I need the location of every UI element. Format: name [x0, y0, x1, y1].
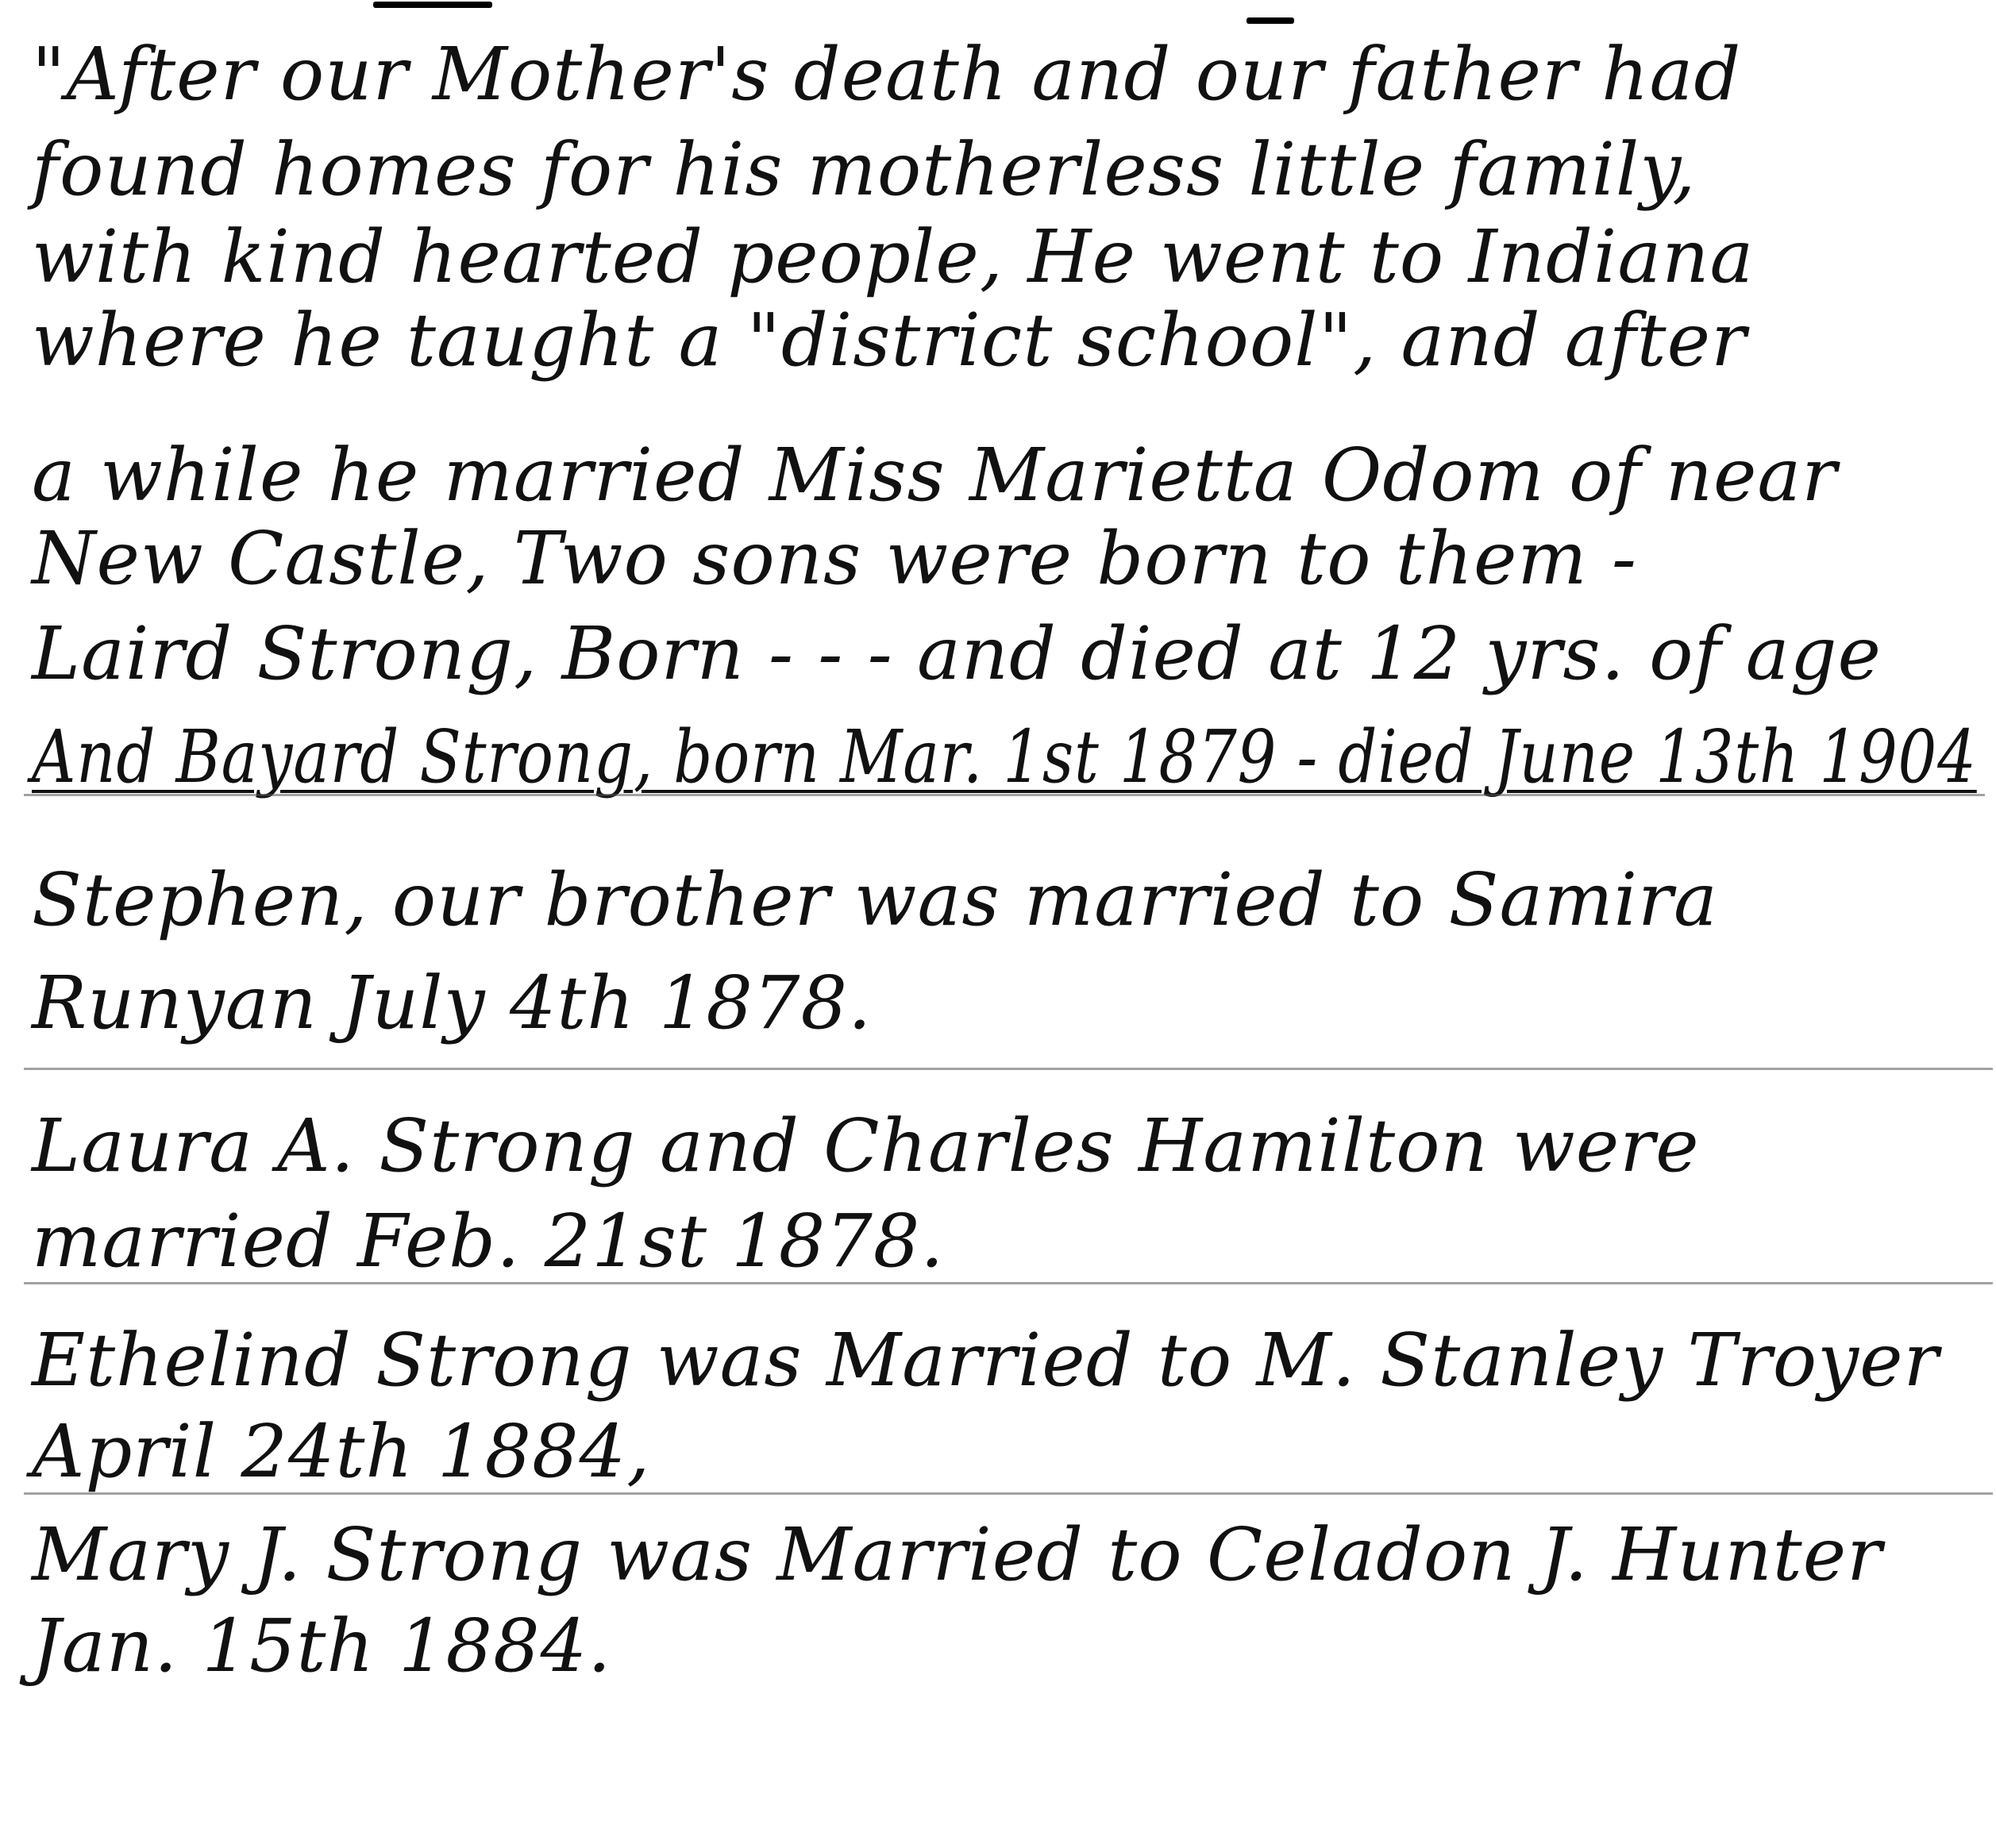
divider: [24, 1492, 1993, 1495]
divider: [24, 1068, 1993, 1070]
entry-ethelind-date: April 24th 1884,: [32, 1409, 650, 1494]
text-line: "After our Mother's death and our father…: [32, 32, 1741, 117]
text-line: found homes for his motherless little fa…: [32, 127, 1696, 212]
entry-bayard: And Bayard Strong, born Mar. 1st 1879 - …: [32, 714, 1977, 799]
divider: [24, 1282, 1993, 1284]
divider: [24, 794, 1985, 796]
entry-laird: Laird Strong, Born - - - and died at 12 …: [32, 611, 1882, 696]
text-line: a while he married Miss Marietta Odom of…: [32, 433, 1837, 518]
text-line: where he taught a "district school", and…: [32, 298, 1747, 383]
staple-mark: [373, 2, 492, 8]
entry-ethelind: Ethelind Strong was Married to M. Stanle…: [32, 1318, 1940, 1403]
handwritten-page: "After our Mother's death and our father…: [0, 0, 1996, 1848]
staple-mark: [1247, 17, 1294, 24]
entry-laura: Laura A. Strong and Charles Hamilton wer…: [32, 1103, 1700, 1188]
entry-mary-date: Jan. 15th 1884.: [32, 1604, 611, 1688]
text-line: with kind hearted people, He went to Ind…: [32, 214, 1754, 299]
entry-mary: Mary J. Strong was Married to Celadon J.…: [32, 1512, 1882, 1597]
entry-stephen: Stephen, our brother was married to Sami…: [32, 857, 1718, 942]
text-line: New Castle, Two sons were born to them -: [32, 516, 1637, 601]
entry-laura-date: married Feb. 21st 1878.: [32, 1199, 945, 1284]
entry-stephen-date: Runyan July 4th 1878.: [32, 961, 872, 1045]
